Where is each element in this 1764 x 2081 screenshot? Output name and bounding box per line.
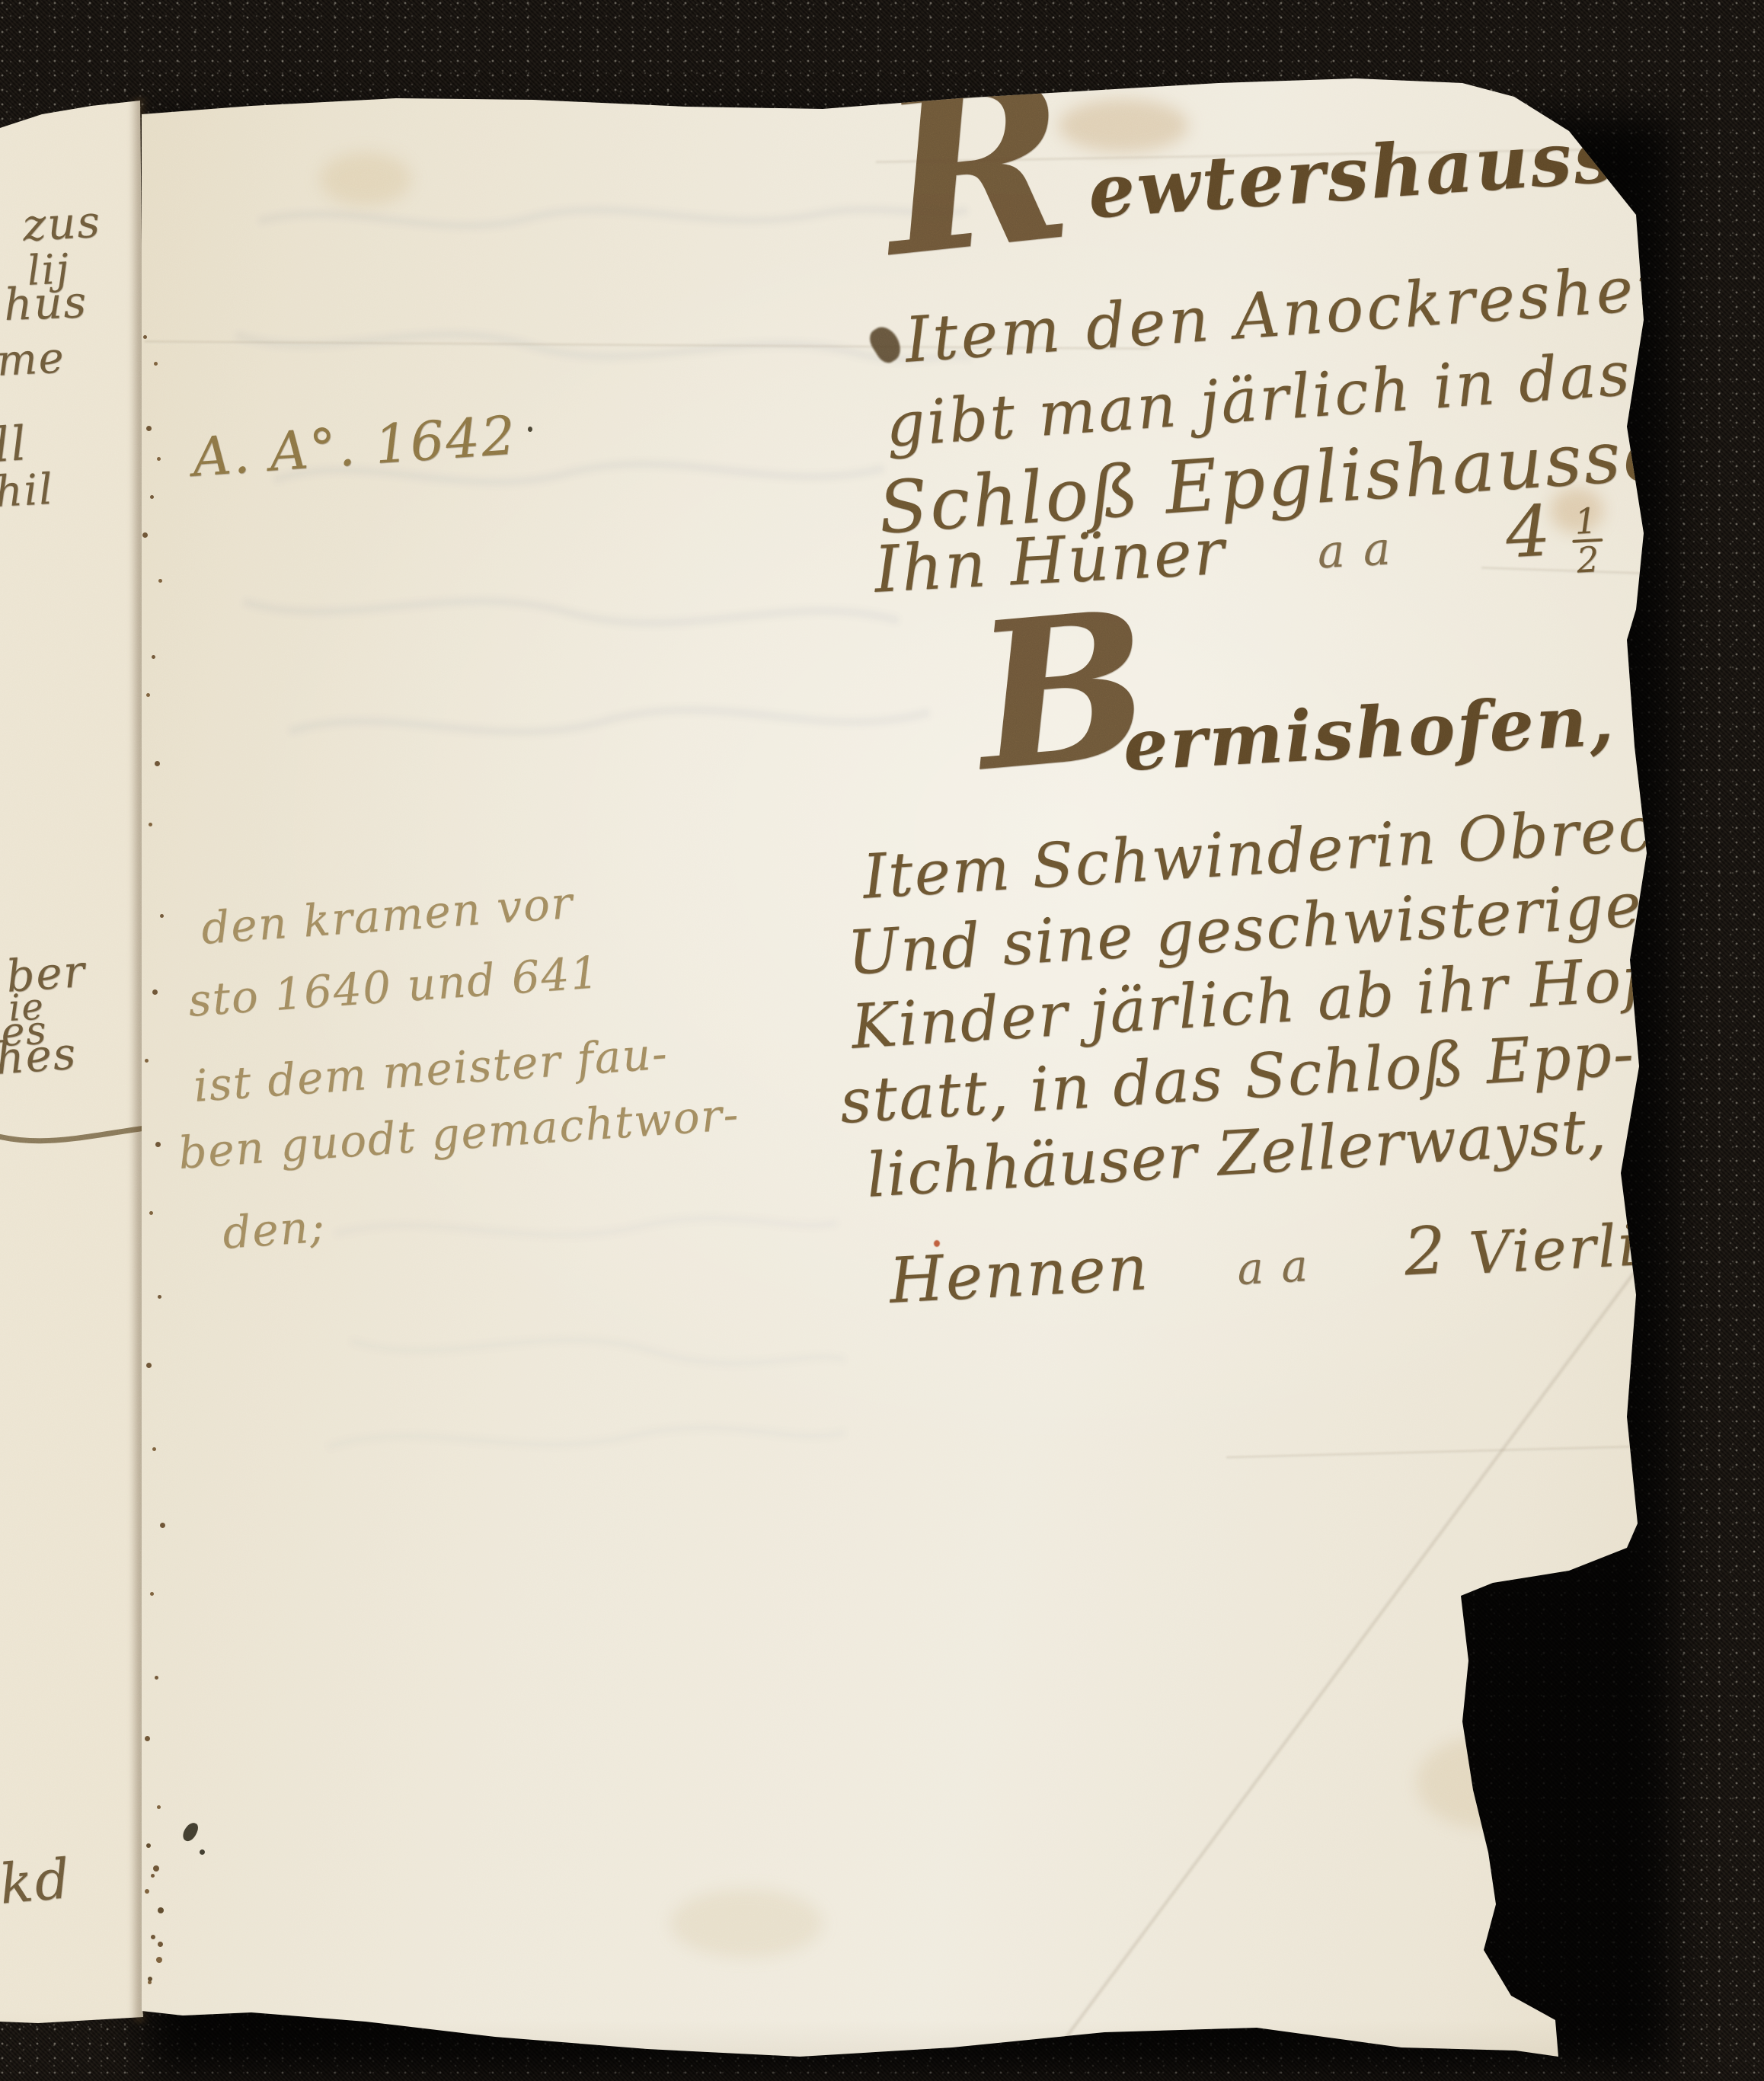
paper-stain (670, 1889, 823, 1958)
ink-speckles (146, 1843, 151, 1848)
ink-speckles (143, 335, 147, 339)
due-item: Hennen (887, 1232, 1151, 1318)
ditto-marks: a a (1236, 1239, 1311, 1295)
tiny-fleck (528, 427, 532, 432)
manuscript-photograph: zus lij hus me ll hil ber ie es hes kd (0, 0, 1764, 2081)
fraction-denominator: 2 (1576, 543, 1602, 577)
adjacent-page-text-fragment: zus (21, 196, 102, 251)
adjacent-page-text-fragment: hus (3, 276, 88, 331)
paper-stain (320, 152, 411, 206)
adjacent-page-text-fragment: hil (0, 465, 55, 517)
due-quantity: 4 (1504, 490, 1555, 574)
due-fraction: 1 2 (1571, 503, 1605, 577)
adjacent-page-text-fragment: hes (0, 1028, 78, 1085)
adjacent-page-text-fragment: ll (0, 415, 29, 473)
ditto-marks: a a (1316, 522, 1394, 579)
margin-note-line: den; (221, 1200, 328, 1259)
adjacent-page-text-fragment: kd (0, 1846, 74, 1916)
fraction-numerator: 1 (1574, 504, 1599, 539)
due-quantity: 2 (1402, 1213, 1449, 1291)
adjacent-page-text-fragment: me (0, 333, 66, 386)
